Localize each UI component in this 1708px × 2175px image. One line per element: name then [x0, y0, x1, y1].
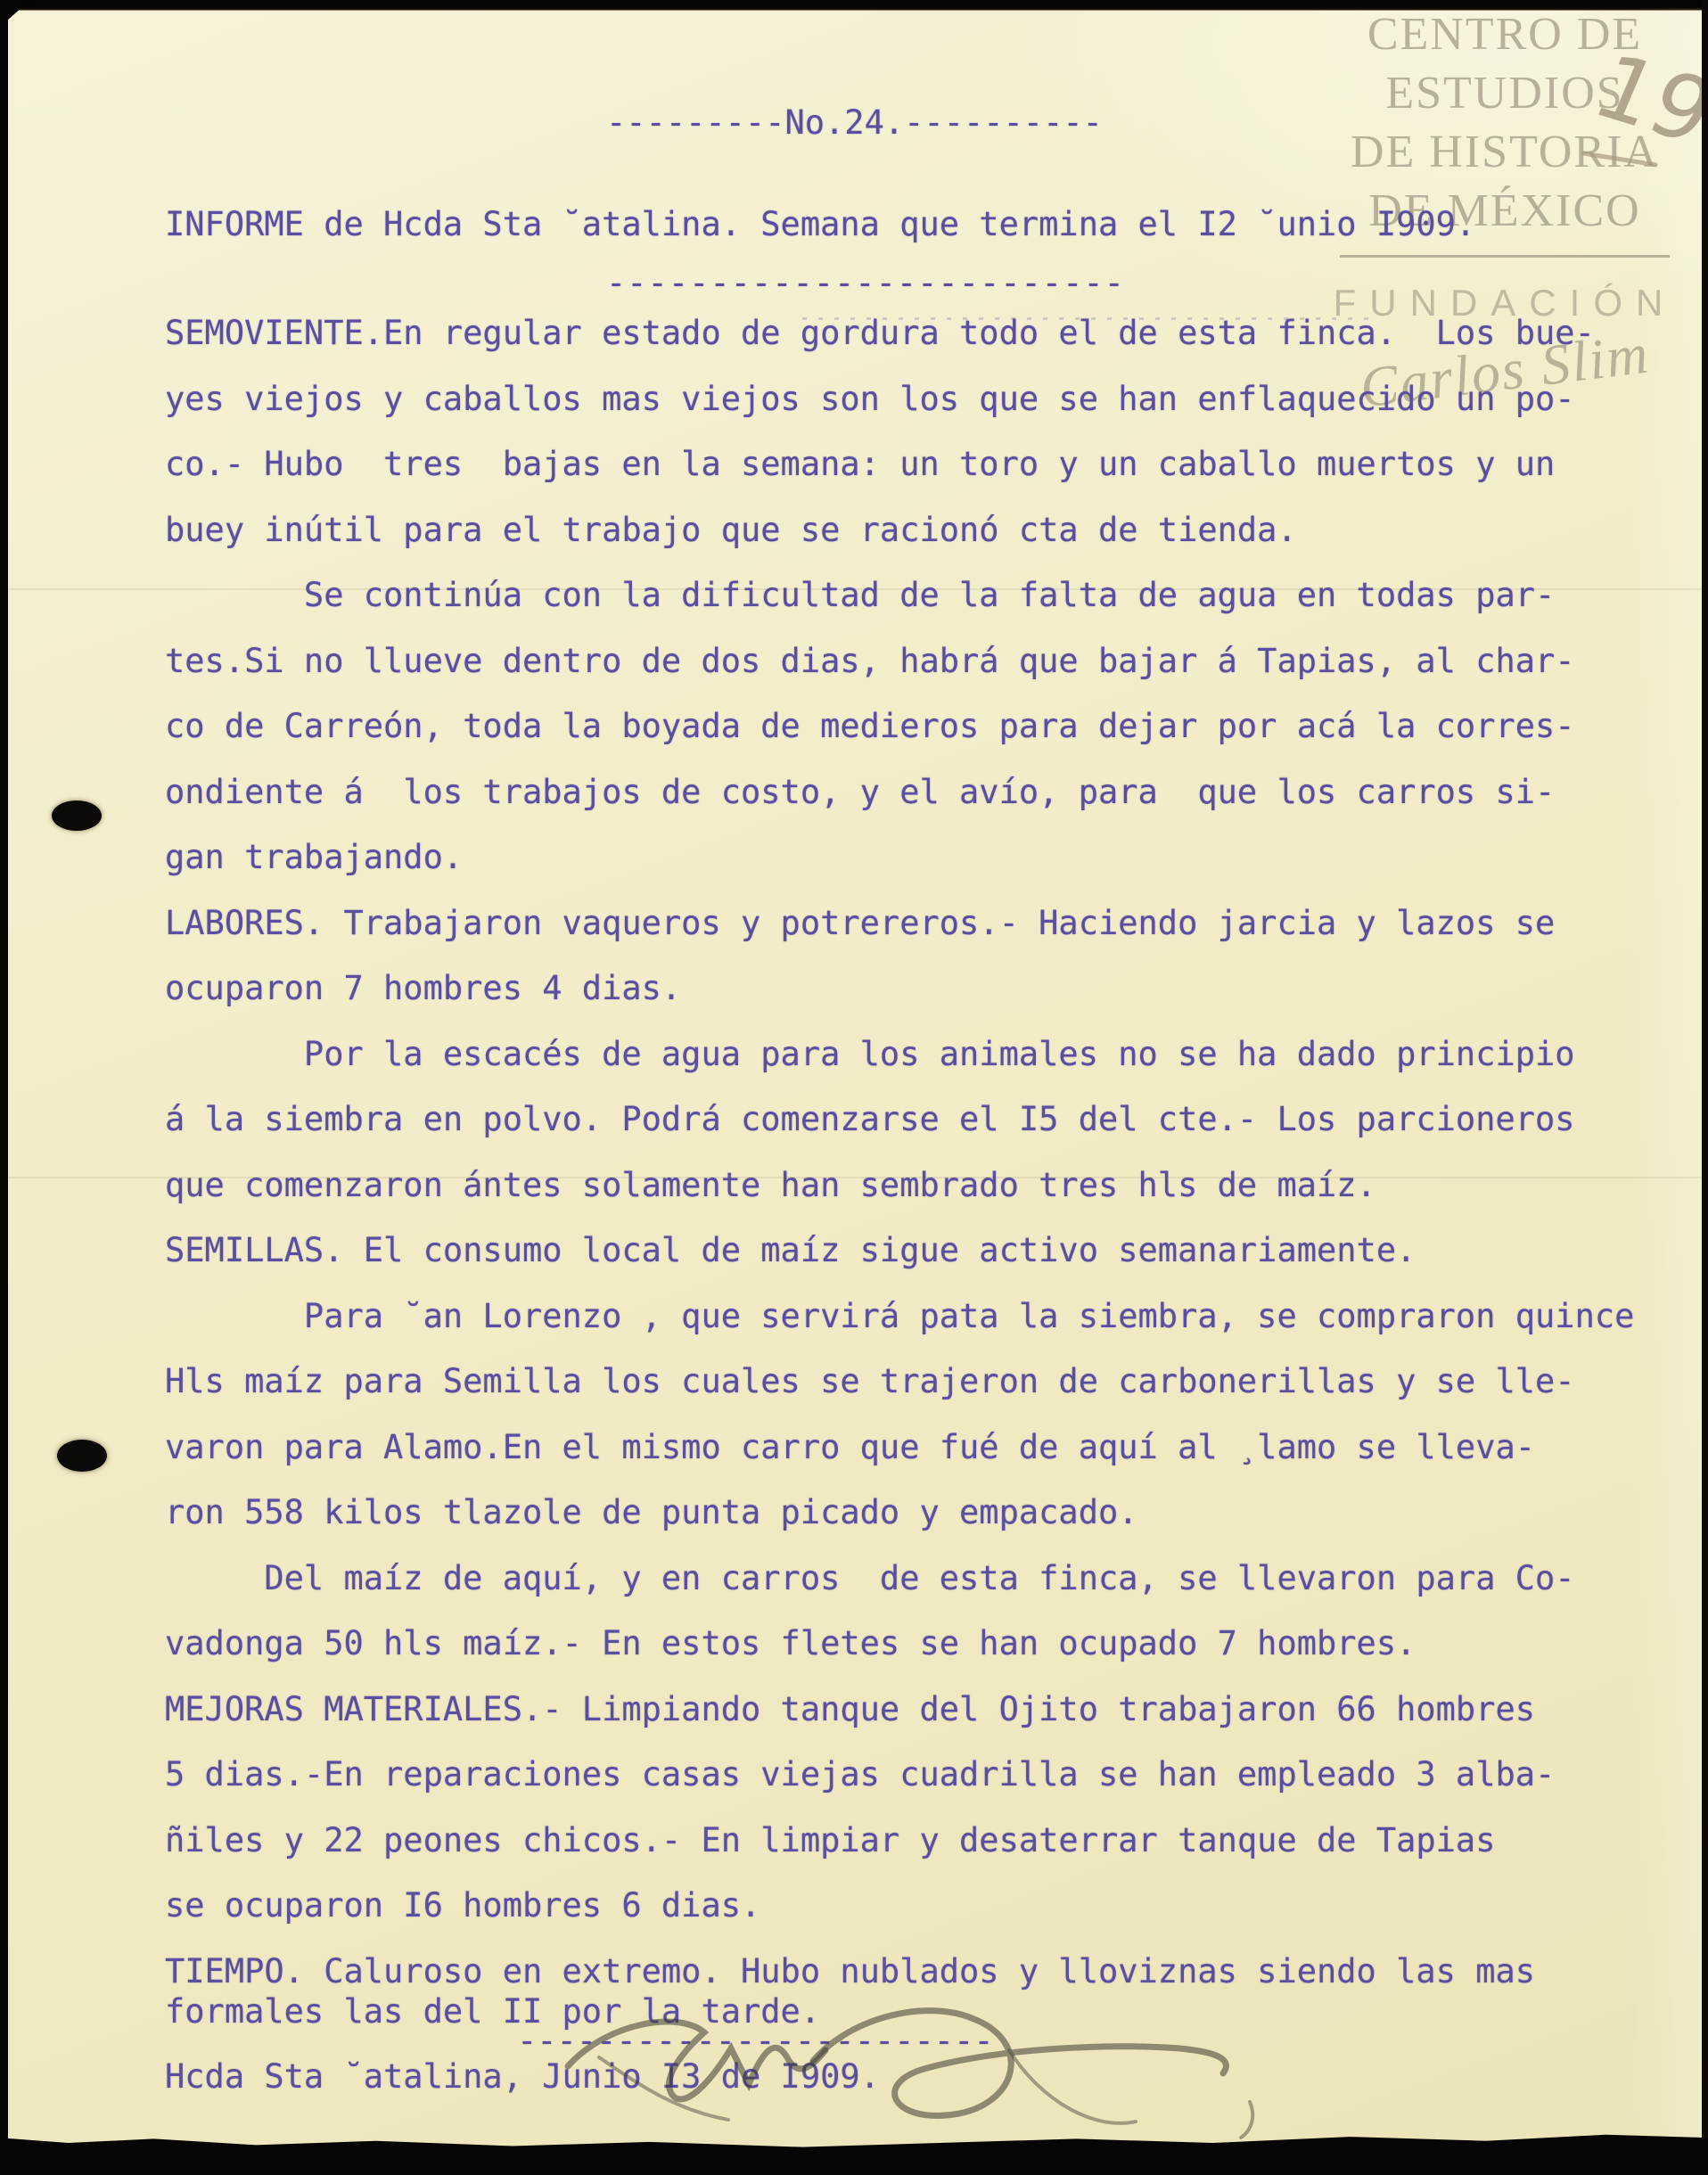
- typed-line: Se continúa con la dificultad de la falt…: [165, 562, 1634, 628]
- typed-line: ron 558 kilos tlazole de punta picado y …: [165, 1480, 1634, 1546]
- report-title: INFORME de Hcda Sta ˘atalina. Semana que…: [165, 205, 1475, 243]
- typed-line: se ocuparon I6 hombres 6 dias.: [165, 1873, 1634, 1939]
- typed-line: LABORES. Trabajaron vaqueros y potrerero…: [165, 891, 1634, 956]
- typed-line: Por la escacés de agua para los animales…: [165, 1022, 1634, 1087]
- photo-edge-left: [0, 0, 8, 2175]
- typed-line: varon para Alamo.En el mismo carro que f…: [165, 1415, 1634, 1481]
- hole-punch: [57, 1440, 107, 1472]
- typed-line: á la siembra en polvo. Podrá comenzarse …: [165, 1087, 1634, 1153]
- report-number-line: ---------No.24.----------: [606, 103, 1103, 142]
- report-body: SEMOVIENTE.En regular estado de gordura …: [165, 300, 1634, 2045]
- typed-line: SEMILLAS. El consumo local de maíz sigue…: [165, 1218, 1634, 1284]
- typed-line: 5 dias.-En reparaciones casas viejas cua…: [165, 1742, 1634, 1808]
- typed-line: ocuparon 7 hombres 4 dias.: [165, 956, 1634, 1022]
- typed-line: ondiente á los trabajos de costo, y el a…: [165, 759, 1634, 825]
- typed-line: co.- Hubo tres bajas en la semana: un to…: [165, 431, 1634, 497]
- typed-line: vadonga 50 hls maíz.- En estos fletes se…: [165, 1611, 1634, 1677]
- typed-line: SEMOVIENTE.En regular estado de gordura …: [165, 300, 1634, 366]
- typed-line: Hls maíz para Semilla los cuales se traj…: [165, 1349, 1634, 1415]
- handwritten-signature: [546, 1995, 1312, 2164]
- typed-line: yes viejos y caballos mas viejos son los…: [165, 366, 1634, 432]
- typed-line: co de Carreón, toda la boyada de mediero…: [165, 694, 1634, 759]
- hole-punch: [52, 800, 102, 831]
- scanned-document-photo: CENTRO DEESTUDIOSDE HISTORIADE MÉXICO FU…: [0, 0, 1708, 2175]
- typed-line: Del maíz de aquí, y en carros de esta fi…: [165, 1546, 1634, 1612]
- typed-line: gan trabajando.: [165, 825, 1634, 891]
- typed-line: tes.Si no llueve dentro de dos dias, hab…: [165, 628, 1634, 694]
- typed-line: ñiles y 22 peones chicos.- En limpiar y …: [165, 1808, 1634, 1874]
- photo-edge-top: [0, 0, 1708, 11]
- photo-edge-right: [1702, 0, 1708, 2175]
- typed-line: buey inútil para el trabajo que se racio…: [165, 497, 1634, 563]
- typed-line: Para ˘an Lorenzo , que servirá pata la s…: [165, 1284, 1634, 1350]
- report-title-underline: -------------------------: [606, 264, 1125, 302]
- archive-watermark-rule: [1340, 255, 1670, 258]
- typed-line: MEJORAS MATERIALES.- Limpiando tanque de…: [165, 1677, 1634, 1743]
- typed-line: que comenzaron ántes solamente han sembr…: [165, 1153, 1634, 1219]
